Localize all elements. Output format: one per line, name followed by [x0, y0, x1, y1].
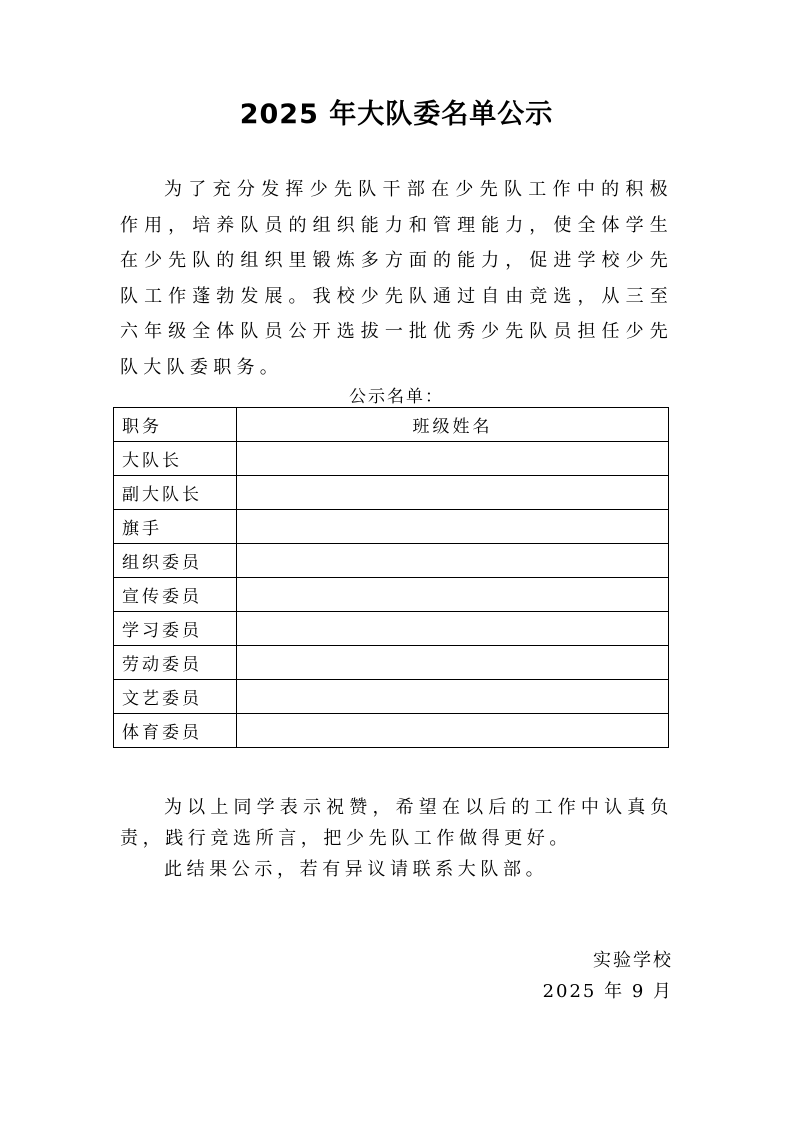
- table-row: 大队长: [114, 442, 669, 476]
- roster-table: 职务 班级姓名 大队长 副大队长 旗手 组织委员 宣传委员 学习委员 劳动委员 …: [113, 407, 669, 748]
- position-cell: 学习委员: [114, 612, 237, 646]
- table-header-row: 职务 班级姓名: [114, 408, 669, 442]
- position-cell: 旗手: [114, 510, 237, 544]
- closing-section: 为以上同学表示祝赞，希望在以后的工作中认真负责，践行竞选所言，把少先队工作做得更…: [120, 792, 673, 885]
- closing-paragraph-objection: 此结果公示，若有异议请联系大队部。: [120, 854, 673, 885]
- name-cell: [237, 714, 669, 748]
- signature-organization: 实验学校: [543, 945, 673, 976]
- table-row: 副大队长: [114, 476, 669, 510]
- name-cell: [237, 646, 669, 680]
- name-cell: [237, 510, 669, 544]
- closing-paragraph-congrats: 为以上同学表示祝赞，希望在以后的工作中认真负责，践行竞选所言，把少先队工作做得更…: [120, 792, 673, 854]
- header-class-name: 班级姓名: [237, 408, 669, 442]
- table-row: 旗手: [114, 510, 669, 544]
- table-row: 组织委员: [114, 544, 669, 578]
- table-row: 文艺委员: [114, 680, 669, 714]
- header-position: 职务: [114, 408, 237, 442]
- list-caption: 公示名单：: [0, 382, 793, 407]
- position-cell: 劳动委员: [114, 646, 237, 680]
- position-cell: 副大队长: [114, 476, 237, 510]
- document-title: 2025 年大队委名单公示: [0, 92, 793, 131]
- position-cell: 宣传委员: [114, 578, 237, 612]
- position-cell: 体育委员: [114, 714, 237, 748]
- name-cell: [237, 544, 669, 578]
- table-row: 学习委员: [114, 612, 669, 646]
- position-cell: 组织委员: [114, 544, 237, 578]
- name-cell: [237, 578, 669, 612]
- name-cell: [237, 476, 669, 510]
- position-cell: 大队长: [114, 442, 237, 476]
- table-row: 劳动委员: [114, 646, 669, 680]
- table-row: 宣传委员: [114, 578, 669, 612]
- intro-paragraph: 为了充分发挥少先队干部在少先队工作中的积极作用，培养队员的组织能力和管理能力，使…: [120, 172, 673, 385]
- name-cell: [237, 612, 669, 646]
- name-cell: [237, 680, 669, 714]
- signature-block: 实验学校 2025 年 9 月: [543, 945, 673, 1007]
- position-cell: 文艺委员: [114, 680, 237, 714]
- table-row: 体育委员: [114, 714, 669, 748]
- signature-date: 2025 年 9 月: [543, 976, 673, 1007]
- name-cell: [237, 442, 669, 476]
